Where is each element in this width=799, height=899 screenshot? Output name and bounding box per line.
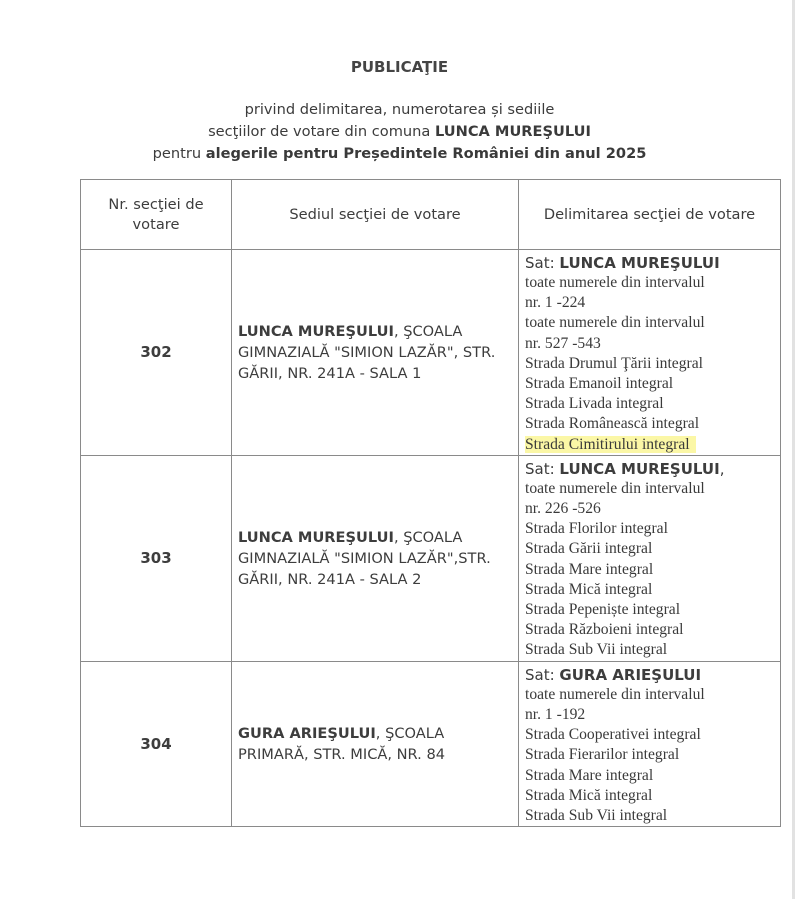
section-number: 304 xyxy=(81,661,232,826)
commune-name: LUNCA MUREŞULUI xyxy=(435,123,591,140)
voting-sections-table: Nr. secţiei de votare Sediul secţiei de … xyxy=(80,179,781,827)
section-delimitation: Sat: LUNCA MUREŞULUItoate numerele din i… xyxy=(519,250,781,456)
table-row: 303LUNCA MUREŞULUI, ŞCOALA GIMNAZIALĂ "S… xyxy=(81,455,781,661)
section-delimitation: Sat: LUNCA MUREŞULUI,toate numerele din … xyxy=(519,455,781,661)
delimitation-text: Strada Florilor integral xyxy=(525,520,668,537)
subtitle-line-1: privind delimitarea, numerotarea și sedi… xyxy=(0,99,799,121)
delimitation-text: Strada Emanoil integral xyxy=(525,375,673,392)
delimitation-line: Strada Cooperativei integral xyxy=(525,725,780,745)
delimitation-text: toate numerele din intervalul xyxy=(525,274,705,291)
section-seat: GURA ARIEŞULUI, ŞCOALA PRIMARĂ, STR. MIC… xyxy=(232,661,519,826)
delimitation-line: Strada Florilor integral xyxy=(525,519,780,539)
subtitle-line-3-text: pentru xyxy=(153,145,206,162)
delimitation-line: nr. 527 -543 xyxy=(525,334,780,354)
table-row: 304GURA ARIEŞULUI, ŞCOALA PRIMARĂ, STR. … xyxy=(81,661,781,826)
delimitation-text: Strada Războieni integral xyxy=(525,621,683,638)
delimitation-line: nr. 1 -192 xyxy=(525,705,780,725)
header-section-delimitation: Delimitarea secţiei de votare xyxy=(519,180,781,250)
delimitation-line: Strada Gării integral xyxy=(525,539,780,559)
delimitation-text: toate numerele din intervalul xyxy=(525,686,705,703)
delimitation-text: Strada Cimitirului integral xyxy=(525,436,696,453)
delimitation-line: Strada Românească integral xyxy=(525,414,780,434)
village-name: LUNCA MUREŞULUI xyxy=(559,254,719,272)
section-number: 302 xyxy=(81,250,232,456)
delimitation-line: Strada Fierarilor integral xyxy=(525,745,780,765)
subtitle-line-3: pentru alegerile pentru Președintele Rom… xyxy=(0,143,799,165)
village-name: GURA ARIEŞULUI xyxy=(559,666,701,684)
delimitation-line: Strada Pepeniște integral xyxy=(525,600,780,620)
delimitation-line: Strada Emanoil integral xyxy=(525,374,780,394)
delimitation-line: Strada Drumul Ţării integral xyxy=(525,354,780,374)
seat-locality: GURA ARIEŞULUI xyxy=(238,725,376,742)
delimitation-text: nr. 1 -224 xyxy=(525,294,585,311)
delimitation-text: nr. 226 -526 xyxy=(525,500,601,517)
delimitation-text: toate numerele din intervalul xyxy=(525,480,705,497)
delimitation-line: Strada Mare integral xyxy=(525,766,780,786)
delimitation-text: Strada Românească integral xyxy=(525,415,699,432)
delimitation-text: Strada Pepeniște integral xyxy=(525,601,680,618)
delimitation-text: Strada Cooperativei integral xyxy=(525,726,701,743)
delimitation-line: toate numerele din intervalul xyxy=(525,479,780,499)
table-row: 302LUNCA MUREŞULUI, ŞCOALA GIMNAZIALĂ "S… xyxy=(81,250,781,456)
village-label: Sat: LUNCA MUREŞULUI, xyxy=(525,456,780,479)
delimitation-line: Strada Mică integral xyxy=(525,580,780,600)
village-label: Sat: GURA ARIEŞULUI xyxy=(525,662,780,685)
village-prefix: Sat: xyxy=(525,460,559,478)
delimitation-text: Strada Mare integral xyxy=(525,561,653,578)
delimitation-line: Strada Mare integral xyxy=(525,560,780,580)
delimitation-text: Strada Fierarilor integral xyxy=(525,746,679,763)
election-name: alegerile pentru Președintele României d… xyxy=(206,145,647,162)
delimitation-text: Strada Livada integral xyxy=(525,395,664,412)
delimitation-line: toate numerele din intervalul xyxy=(525,273,780,293)
delimitation-text: toate numerele din intervalul xyxy=(525,314,705,331)
subtitle-line-2: secţiilor de votare din comuna LUNCA MUR… xyxy=(0,121,799,143)
document-title: PUBLICAŢIE xyxy=(0,58,799,76)
section-delimitation: Sat: GURA ARIEŞULUItoate numerele din in… xyxy=(519,661,781,826)
village-label: Sat: LUNCA MUREŞULUI xyxy=(525,250,780,273)
delimitation-line: Strada Sub Vii integral xyxy=(525,806,780,826)
subtitle-line-2-text: secţiilor de votare din comuna xyxy=(208,123,435,140)
delimitation-line: Strada Livada integral xyxy=(525,394,780,414)
document-subtitle: privind delimitarea, numerotarea și sedi… xyxy=(0,99,799,165)
seat-locality: LUNCA MUREŞULUI xyxy=(238,323,394,340)
delimitation-text: Strada Mare integral xyxy=(525,767,653,784)
delimitation-text: Strada Mică integral xyxy=(525,581,652,598)
delimitation-line: Strada Sub Vii integral xyxy=(525,640,780,660)
village-prefix: Sat: xyxy=(525,666,559,684)
header-section-seat: Sediul secţiei de votare xyxy=(232,180,519,250)
header-section-number: Nr. secţiei de votare xyxy=(81,180,232,250)
delimitation-text: Strada Mică integral xyxy=(525,787,652,804)
delimitation-line: Strada Mică integral xyxy=(525,786,780,806)
delimitation-text: nr. 527 -543 xyxy=(525,335,601,352)
delimitation-text: Strada Sub Vii integral xyxy=(525,807,667,824)
table-header-row: Nr. secţiei de votare Sediul secţiei de … xyxy=(81,180,781,250)
delimitation-line: nr. 1 -224 xyxy=(525,293,780,313)
delimitation-text: nr. 1 -192 xyxy=(525,706,585,723)
section-number: 303 xyxy=(81,455,232,661)
delimitation-line: nr. 226 -526 xyxy=(525,499,780,519)
section-seat: LUNCA MUREŞULUI, ŞCOALA GIMNAZIALĂ "SIMI… xyxy=(232,455,519,661)
highlighted-delimitation-line: Strada Cimitirului integral xyxy=(525,435,780,455)
delimitation-text: Strada Gării integral xyxy=(525,540,652,557)
delimitation-text: Strada Drumul Ţării integral xyxy=(525,355,703,372)
seat-locality: LUNCA MUREŞULUI xyxy=(238,529,394,546)
delimitation-line: Strada Războieni integral xyxy=(525,620,780,640)
delimitation-line: toate numerele din intervalul xyxy=(525,313,780,333)
delimitation-text: Strada Sub Vii integral xyxy=(525,641,667,658)
section-seat: LUNCA MUREŞULUI, ŞCOALA GIMNAZIALĂ "SIMI… xyxy=(232,250,519,456)
delimitation-line: toate numerele din intervalul xyxy=(525,685,780,705)
village-prefix: Sat: xyxy=(525,254,559,272)
village-suffix: , xyxy=(720,460,725,478)
village-name: LUNCA MUREŞULUI xyxy=(559,460,719,478)
